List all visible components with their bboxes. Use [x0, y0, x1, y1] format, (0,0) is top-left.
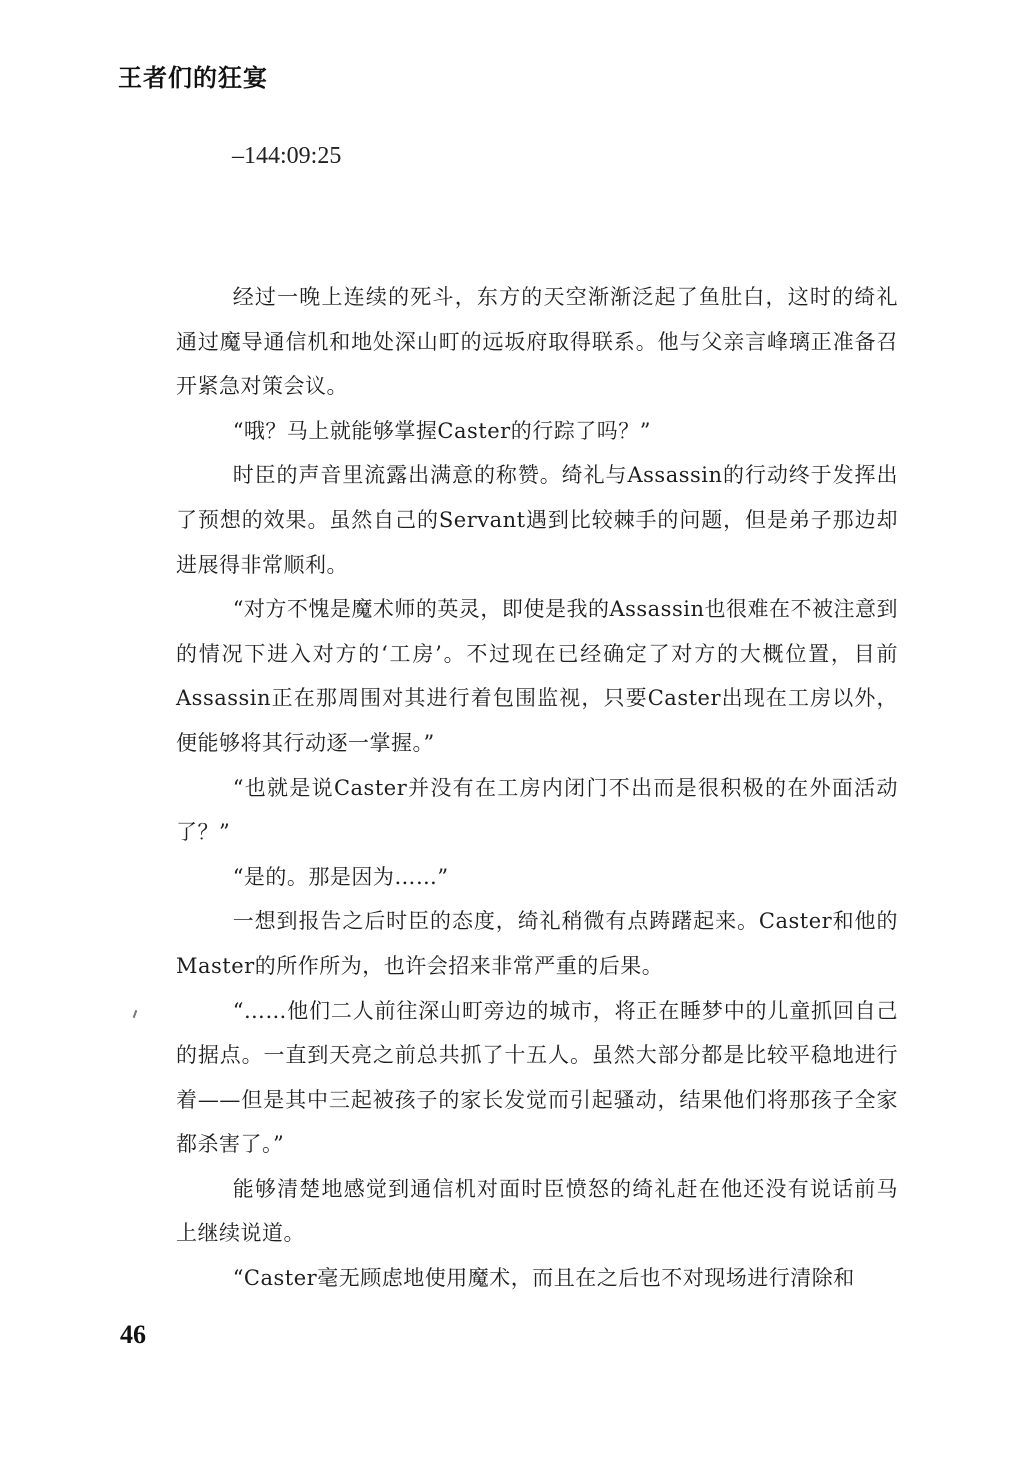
paragraph: 一想到报告之后时臣的态度，绮礼稍微有点踌躇起来。Caster和他的Master的… — [176, 899, 898, 988]
paragraph: 经过一晚上连续的死斗，东方的天空渐渐泛起了鱼肚白，这时的绮礼通过魔导通信机和地处… — [176, 275, 898, 409]
running-header-book-title: 王者们的狂宴 — [118, 58, 268, 93]
paragraph: 时臣的声音里流露出满意的称赞。绮礼与Assassin的行动终于发挥出了预想的效果… — [176, 453, 898, 587]
paragraph: “对方不愧是魔术师的英灵，即使是我的Assassin也很难在不被注意到的情况下进… — [176, 587, 898, 765]
page-number: 46 — [120, 1320, 146, 1350]
body-text: 经过一晚上连续的死斗，东方的天空渐渐泛起了鱼肚白，这时的绮礼通过魔导通信机和地处… — [176, 275, 898, 1301]
scan-artifact-mark — [133, 1010, 138, 1018]
paragraph: “Caster毫无顾虑地使用魔术，而且在之后也不对现场进行清除和 — [176, 1256, 898, 1301]
paragraph: “是的。那是因为……” — [176, 855, 898, 900]
paragraph: “……他们二人前往深山町旁边的城市，将正在睡梦中的儿童抓回自己的据点。一直到天亮… — [176, 989, 898, 1167]
paragraph: 能够清楚地感觉到通信机对面时臣愤怒的绮礼赶在他还没有说话前马上继续说道。 — [176, 1167, 898, 1256]
section-timestamp: –144:09:25 — [232, 143, 341, 170]
paragraph: “也就是说Caster并没有在工房内闭门不出而是很积极的在外面活动了？” — [176, 766, 898, 855]
paragraph: “哦？马上就能够掌握Caster的行踪了吗？” — [176, 409, 898, 454]
